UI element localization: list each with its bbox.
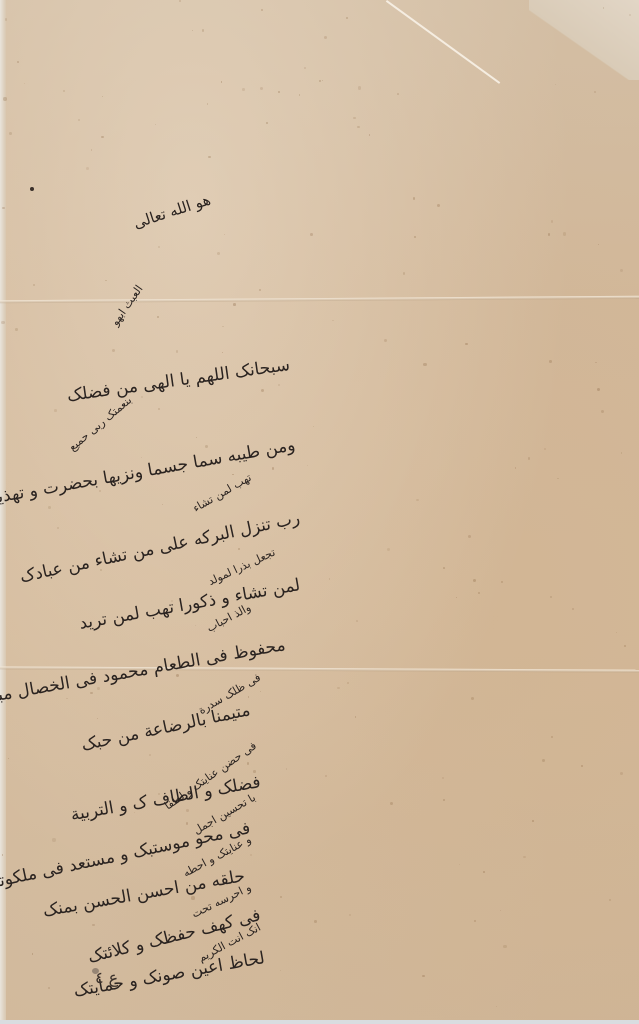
ink-dot: [30, 187, 34, 191]
manuscript-marginal-line: العبث ابهو: [108, 283, 145, 328]
corner-crease: [386, 0, 500, 84]
manuscript-marginal-line: تهب لمن تشاء: [190, 471, 253, 515]
folded-corner: [529, 0, 639, 80]
fold-line-upper: [0, 296, 639, 303]
manuscript-line: ومن طیبه سما جسما ونزیها بحضرت و تهذیب: [0, 435, 297, 510]
paper-bottom-edge: [0, 1020, 639, 1024]
manuscript-line: سبحانک اللهم یا الهی من فضلک: [66, 355, 291, 406]
manuscript-line: رب تنزل البرکه علی من تشاء من عبادک: [19, 508, 303, 587]
manuscript-line: متیمنا بالرضاعة من حبک: [80, 700, 252, 755]
page-number: ع ٤: [95, 968, 118, 987]
manuscript-paper: هو الله تعالی سبحانک اللهم یا الهی من فض…: [0, 0, 639, 1024]
manuscript-line: محفوظ فی الطعام محمود فی الخصال مبارکا: [0, 635, 287, 710]
manuscript-line: لمن تشاء و ذکورا تهب لمن ترید: [78, 575, 302, 634]
letter-heading: هو الله تعالی: [131, 190, 213, 232]
